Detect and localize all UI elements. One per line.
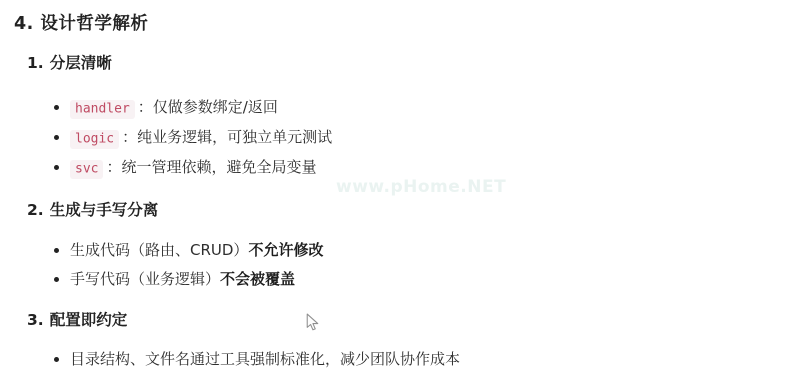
list-item: svc：统一管理依赖，避免全局变量 [70,159,799,176]
section-heading: 2.生成与手写分离 [27,202,799,219]
section-layering: 1.分层清晰 handler：仅做参数绑定/返回 logic：纯业务逻辑，可独立… [27,55,799,176]
list-item-text: 手写代码（业务逻辑） [70,270,220,288]
section-number: 3. [27,311,44,329]
list-item-text: 目录结构、文件名通过工具强制标准化，减少团队协作成本 [70,350,460,368]
document-page: 4. 设计哲学解析 1.分层清晰 handler：仅做参数绑定/返回 logic… [0,0,799,390]
bullet-list: 目录结构、文件名通过工具强制标准化，减少团队协作成本 [27,351,799,368]
list-item: 生成代码（路由、CRUD）不允许修改 [70,242,799,259]
list-item-text: ：纯业务逻辑，可独立单元测试 [122,128,332,146]
page-title: 4. 设计哲学解析 [14,14,799,34]
section-heading: 1.分层清晰 [27,55,799,72]
list-item: handler：仅做参数绑定/返回 [70,99,799,116]
list-item-bold-text: 不允许修改 [248,241,323,259]
list-item-text: 生成代码（路由、CRUD） [70,241,248,259]
bullet-list: handler：仅做参数绑定/返回 logic：纯业务逻辑，可独立单元测试 sv… [27,99,799,176]
list-item: logic：纯业务逻辑，可独立单元测试 [70,129,799,146]
section-number: 2. [27,201,44,219]
list-item: 手写代码（业务逻辑）不会被覆盖 [70,271,799,288]
list-item-text: ：仅做参数绑定/返回 [138,98,278,116]
bullet-list: 生成代码（路由、CRUD）不允许修改 手写代码（业务逻辑）不会被覆盖 [27,242,799,288]
code-span: handler [70,100,135,119]
section-heading: 3.配置即约定 [27,312,799,329]
list-item: 目录结构、文件名通过工具强制标准化，减少团队协作成本 [70,351,799,368]
section-title: 配置即约定 [50,311,128,329]
code-span: logic [70,130,119,149]
code-span: svc [70,160,103,179]
section-generated-vs-handwritten: 2.生成与手写分离 生成代码（路由、CRUD）不允许修改 手写代码（业务逻辑）不… [27,202,799,288]
section-number: 1. [27,54,44,72]
watermark-text: www.pHome.NET [336,177,506,197]
section-convention-over-config: 3.配置即约定 目录结构、文件名通过工具强制标准化，减少团队协作成本 [27,312,799,368]
list-item-text: ：统一管理依赖，避免全局变量 [106,158,316,176]
section-title: 分层清晰 [50,54,112,72]
mouse-cursor-icon [306,313,319,332]
list-item-bold-text: 不会被覆盖 [220,270,295,288]
section-title: 生成与手写分离 [50,201,159,219]
